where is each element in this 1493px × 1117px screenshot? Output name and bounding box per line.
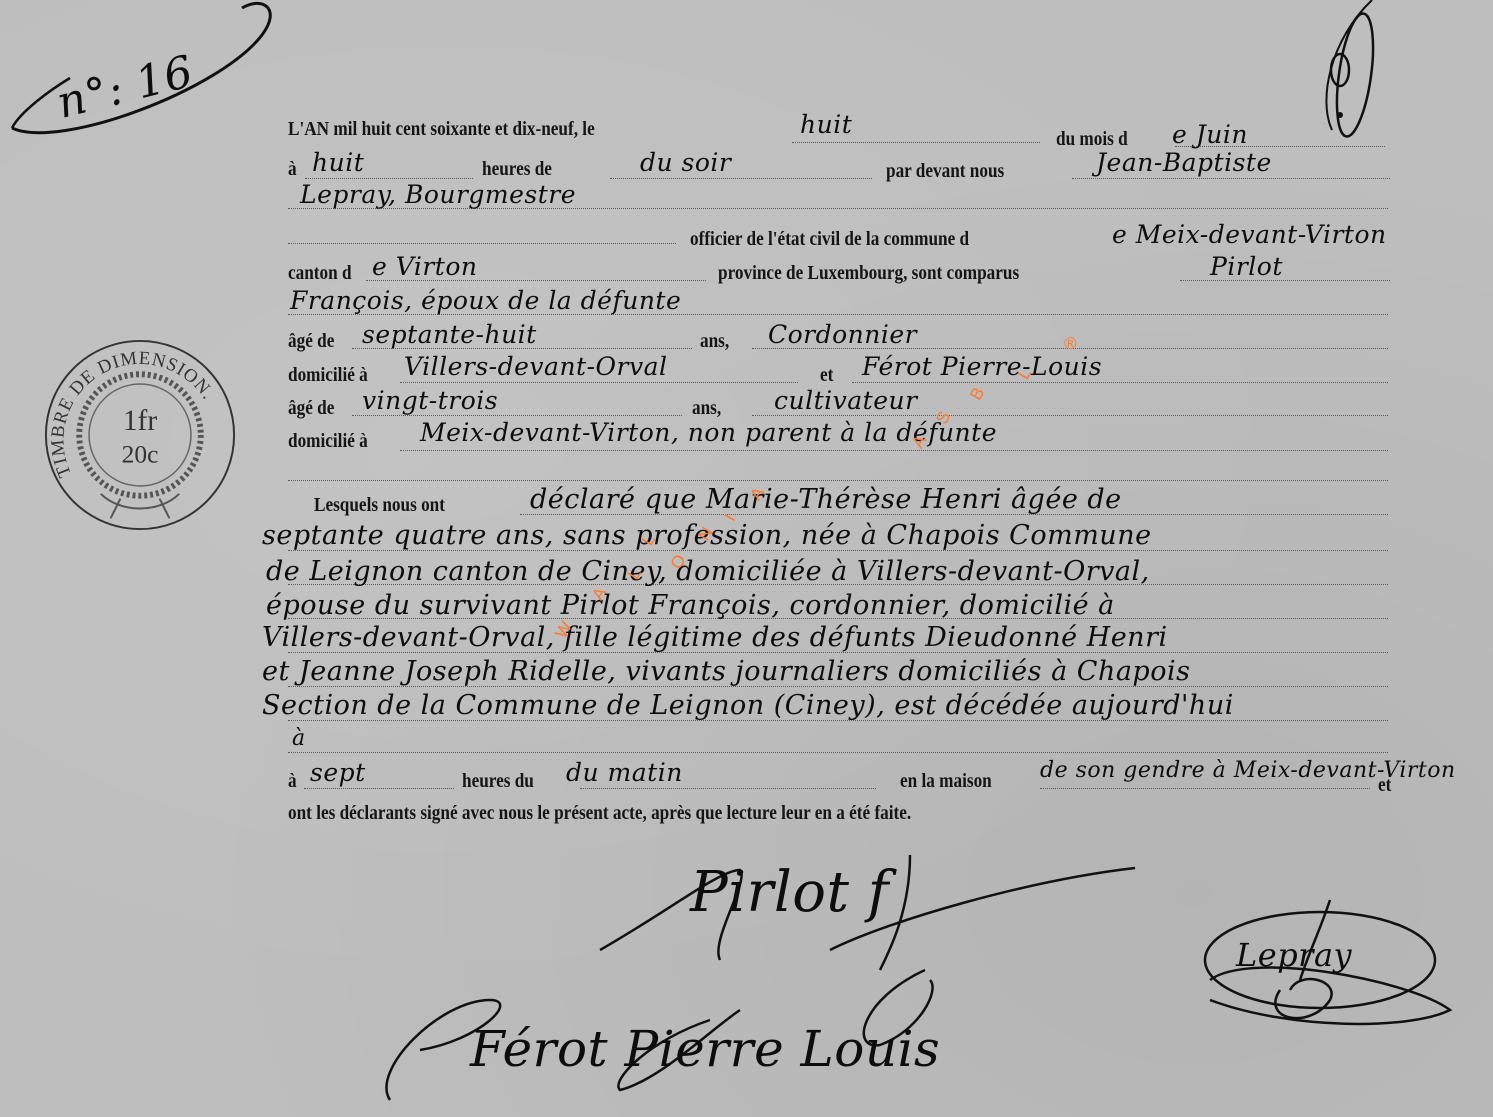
- profession1-value: Cordonnier: [768, 320, 917, 349]
- declarant2-value: Férot Pierre-Louis: [862, 352, 1102, 381]
- blank-line-2: [288, 480, 1388, 481]
- death-hour-prefix: à: [288, 770, 297, 793]
- closing-text: ont les déclarants signé avec nous le pr…: [288, 802, 911, 825]
- age2-value: vingt-trois: [362, 386, 498, 415]
- hour-value: huit: [312, 148, 364, 177]
- canton-label: canton d: [288, 262, 352, 285]
- age2-field-line: [352, 415, 682, 416]
- document-page: n°: 16 TIMBRE DE DIMENSION. 1fr 20c L'AN…: [0, 0, 1493, 1117]
- commune-value: e Meix-devant-Virton: [1112, 220, 1387, 249]
- stamp-value-centimes: 20c: [122, 439, 159, 468]
- death-hours-label: heures du: [462, 770, 534, 793]
- death-period-value: du matin: [566, 758, 683, 787]
- declaration-text-7: Section de la Commune de Leignon (Ciney)…: [262, 690, 1234, 721]
- et-label: et: [820, 364, 833, 387]
- blank-line: [288, 243, 676, 244]
- et-closing-label: et: [1378, 774, 1391, 797]
- par-devant-label: par devant nous: [886, 160, 1004, 183]
- watermark-letter: B: [966, 384, 989, 404]
- period-value: du soir: [640, 148, 731, 177]
- age1-value: septante-huit: [362, 320, 537, 349]
- domicile1-label: domicilié à: [288, 364, 368, 387]
- domicile1-value: Villers-devant-Orval: [404, 352, 668, 381]
- day-field-line: [792, 142, 1040, 143]
- declaration-line-8: [288, 752, 1388, 753]
- official-field-line: [1072, 178, 1390, 179]
- preamble-text: L'AN mil huit cent soixante et dix-neuf,…: [288, 118, 595, 141]
- canton-value: e Virton: [372, 252, 478, 281]
- signature-official: Lepray: [1236, 936, 1352, 974]
- declaration-text-4: épouse du survivant Pirlot François, cor…: [266, 590, 1115, 621]
- domicile1-field-line: [400, 382, 798, 383]
- tax-stamp: TIMBRE DE DIMENSION. 1fr 20c: [42, 337, 238, 533]
- month-value: e Juin: [1172, 120, 1248, 149]
- hours-label: heures de: [482, 158, 552, 181]
- domicile2-label: domicilié à: [288, 430, 368, 453]
- declaration-text-6: et Jeanne Joseph Ridelle, vivants journa…: [262, 656, 1190, 687]
- watermark-registered: ®: [1064, 334, 1077, 354]
- stamp-value-francs: 1fr: [123, 405, 157, 437]
- period-field-line: [610, 178, 872, 179]
- declarant1-cont-value: François, époux de la défunte: [290, 286, 681, 315]
- signature-declarant2: Férot Pierre Louis: [470, 1020, 940, 1078]
- hour-prefix: à: [288, 158, 297, 181]
- declarant2-field-line: [852, 382, 1388, 383]
- domicile2-field-line: [400, 450, 1388, 451]
- official-title-value: Lepray, Bourgmestre: [300, 180, 576, 209]
- province-label: province de Luxembourg, sont comparus: [718, 262, 1019, 285]
- maison-label: en la maison: [900, 770, 992, 793]
- day-value: huit: [800, 110, 852, 139]
- death-hour-value: sept: [310, 758, 366, 787]
- age1-label: âgé de: [288, 330, 334, 353]
- declaration-text-3: de Leignon canton de Ciney, domiciliée à…: [266, 556, 1150, 587]
- declaration-text-8: à: [292, 726, 306, 751]
- maison-field-line: [1040, 788, 1370, 789]
- lesquels-label: Lesquels nous ont: [314, 494, 445, 517]
- declaration-text-1: déclaré que Marie-Thérèse Henri âgée de: [530, 484, 1122, 515]
- death-hour-field-line: [304, 788, 454, 789]
- ans2-label: ans,: [692, 397, 721, 420]
- profession2-value: cultivateur: [774, 386, 918, 415]
- official-name-value: Jean-Baptiste: [1096, 148, 1272, 177]
- paraph-mark: [1300, 0, 1410, 150]
- maison-value: de son gendre à Meix-devant-Virton: [1040, 758, 1456, 783]
- declarant1-surname-value: Pirlot: [1210, 252, 1283, 281]
- profession2-field-line: [752, 415, 1388, 416]
- age2-label: âgé de: [288, 397, 334, 420]
- hour-field-line: [305, 178, 473, 179]
- officier-label: officier de l'état civil de la commune d: [690, 228, 969, 251]
- declaration-text-5: Villers-devant-Orval, fille légitime des…: [262, 622, 1168, 653]
- signature-declarant1: Pirlot f: [690, 860, 889, 925]
- ans1-label: ans,: [700, 330, 729, 353]
- death-period-field-line: [580, 788, 876, 789]
